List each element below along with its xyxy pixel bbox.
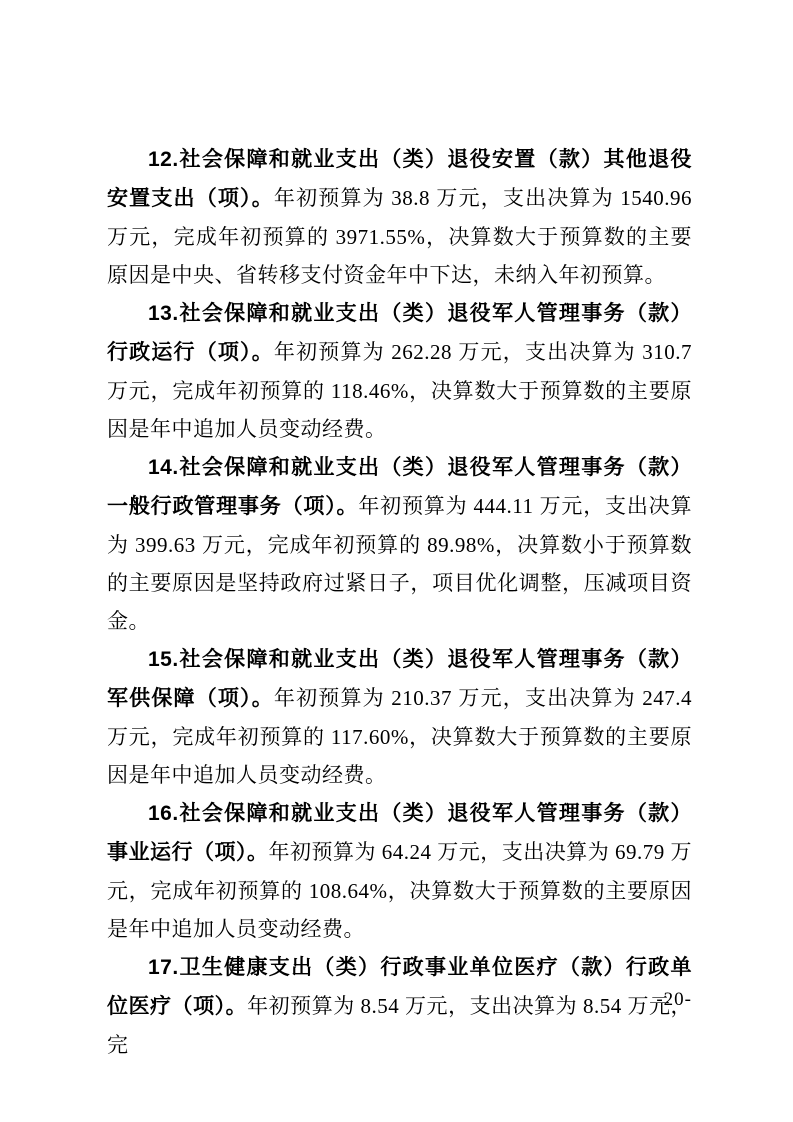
paragraph-15: 15.社会保障和就业支出（类）退役军人管理事务（款）军供保障（项）。年初预算为 … xyxy=(107,640,692,794)
paragraph-12: 12.社会保障和就业支出（类）退役安置（款）其他退役安置支出（项）。年初预算为 … xyxy=(107,140,692,294)
paragraph-14: 14.社会保障和就业支出（类）退役军人管理事务（款）一般行政管理事务（项）。年初… xyxy=(107,448,692,640)
document-body: 12.社会保障和就业支出（类）退役安置（款）其他退役安置支出（项）。年初预算为 … xyxy=(107,140,692,1064)
document-page: 12.社会保障和就业支出（类）退役安置（款）其他退役安置支出（项）。年初预算为 … xyxy=(0,0,793,1122)
paragraph-13: 13.社会保障和就业支出（类）退役军人管理事务（款）行政运行（项）。年初预算为 … xyxy=(107,294,692,448)
paragraph-16: 16.社会保障和就业支出（类）退役军人管理事务（款）事业运行（项）。年初预算为 … xyxy=(107,794,692,948)
page-number: -20- xyxy=(107,989,692,1011)
